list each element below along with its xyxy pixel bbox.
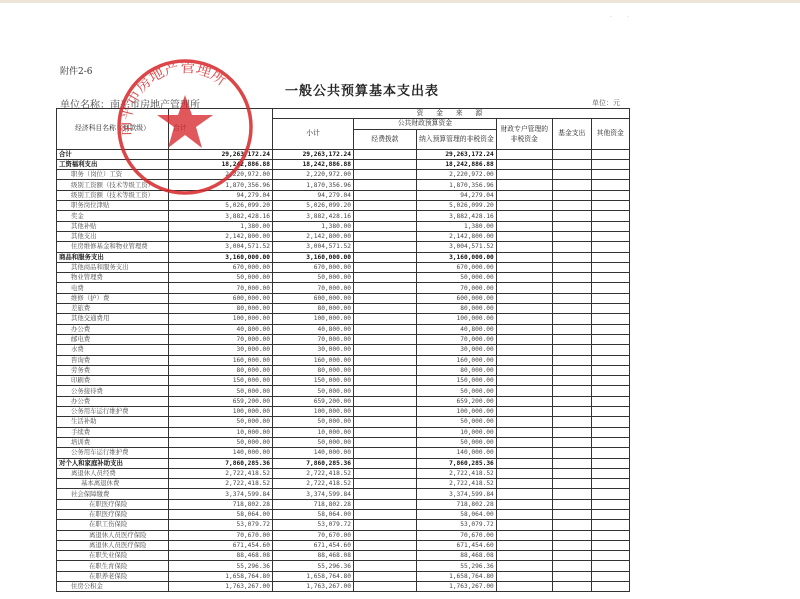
row-non-tax-in-budget: 2,142,800.00: [417, 231, 497, 241]
row-total: 5,026,099.20: [169, 201, 273, 211]
row-fund-expenditure: [552, 345, 591, 355]
row-other-funds: [591, 324, 629, 334]
row-item-name: 邮电费: [57, 334, 169, 344]
row-total: 100,000.00: [169, 314, 273, 324]
row-appropriation: [354, 283, 417, 293]
row-non-tax-in-budget: 70,670.00: [417, 530, 497, 540]
header-item-name: 经济科目名称（到款级）: [57, 109, 169, 150]
row-special-non-tax: [496, 540, 552, 550]
row-subtotal: 140,000.00: [273, 448, 354, 458]
row-non-tax-in-budget: 1,380.00: [417, 221, 497, 231]
row-non-tax-in-budget: 2,722,418.52: [417, 468, 497, 478]
row-fund-expenditure: [552, 509, 591, 519]
row-appropriation: [354, 201, 417, 211]
row-item-name: 公务接待费: [57, 386, 169, 396]
row-subtotal: 50,000.00: [273, 273, 354, 283]
row-fund-expenditure: [552, 551, 591, 561]
row-item-name: 在职失业保险: [57, 551, 169, 561]
row-appropriation: [354, 540, 417, 550]
row-special-non-tax: [496, 561, 552, 571]
row-other-funds: [591, 376, 629, 386]
row-total: 659,200.00: [169, 396, 273, 406]
scan-top-edge: [0, 0, 800, 3]
row-non-tax-in-budget: 600,000.00: [417, 293, 497, 303]
row-subtotal: 40,800.00: [273, 324, 354, 334]
row-total: 3,882,428.16: [169, 211, 273, 221]
row-special-non-tax: [496, 551, 552, 561]
row-total: 70,000.00: [169, 334, 273, 344]
row-special-non-tax: [496, 170, 552, 180]
row-special-non-tax: [496, 201, 552, 211]
row-total: 29,263,172.24: [169, 149, 273, 159]
table-row: 公务用车运行维护费140,000.00140,000.00140,000.00: [57, 448, 630, 458]
row-special-non-tax: [496, 211, 552, 221]
table-body: 合计29,263,172.2429,263,172.2429,263,172.2…: [57, 149, 630, 592]
row-subtotal: 70,000.00: [273, 334, 354, 344]
row-appropriation: [354, 365, 417, 375]
row-other-funds: [591, 283, 629, 293]
table-row: 在职养老保险1,658,764.801,658,764.801,658,764.…: [57, 571, 630, 581]
row-item-name: 基本离退休费: [57, 479, 169, 489]
row-appropriation: [354, 345, 417, 355]
row-fund-expenditure: [552, 314, 591, 324]
row-non-tax-in-budget: 30,000.00: [417, 345, 497, 355]
row-appropriation: [354, 551, 417, 561]
row-subtotal: 50,000.00: [273, 437, 354, 447]
row-item-name: 职务（岗位）工资: [57, 170, 169, 180]
row-other-funds: [591, 221, 629, 231]
row-fund-expenditure: [552, 170, 591, 180]
row-total: 2,142,800.00: [169, 231, 273, 241]
row-total: 718,802.28: [169, 499, 273, 509]
table-row: 职务（岗位）工资2,220,972.002,220,972.002,220,97…: [57, 170, 630, 180]
row-appropriation: [354, 479, 417, 489]
row-subtotal: 718,802.28: [273, 499, 354, 509]
row-special-non-tax: [496, 489, 552, 499]
row-total: 10,000.00: [169, 427, 273, 437]
row-appropriation: [354, 417, 417, 427]
row-non-tax-in-budget: 5,026,099.20: [417, 201, 497, 211]
row-appropriation: [354, 149, 417, 159]
row-total: 70,000.00: [169, 283, 273, 293]
row-subtotal: 30,000.00: [273, 345, 354, 355]
row-fund-expenditure: [552, 201, 591, 211]
table-row: 公务接待费50,000.0050,000.0050,000.00: [57, 386, 630, 396]
row-fund-expenditure: [552, 427, 591, 437]
row-fund-expenditure: [552, 149, 591, 159]
row-appropriation: [354, 468, 417, 478]
row-special-non-tax: [496, 180, 552, 190]
table-row: 住房维修基金和物业管理费3,004,571.523,004,571.523,00…: [57, 242, 630, 252]
row-total: 1,763,267.00: [169, 582, 273, 592]
row-special-non-tax: [496, 458, 552, 468]
row-subtotal: 53,079.72: [273, 520, 354, 530]
row-other-funds: [591, 437, 629, 447]
table-row: 其他补贴1,380.001,380.001,380.00: [57, 221, 630, 231]
row-subtotal: 2,722,418.52: [273, 468, 354, 478]
row-special-non-tax: [496, 324, 552, 334]
header-non-tax-in-budget: 纳入预算管理的非税资金: [417, 129, 497, 149]
table-row: 在职医疗保险718,802.28718,802.28718,802.28: [57, 499, 630, 509]
table-row: 住房公积金1,763,267.001,763,267.001,763,267.0…: [57, 582, 630, 592]
row-fund-expenditure: [552, 159, 591, 169]
row-subtotal: 100,000.00: [273, 314, 354, 324]
row-non-tax-in-budget: 1,870,356.96: [417, 180, 497, 190]
row-total: 53,079.72: [169, 520, 273, 530]
row-appropriation: [354, 427, 417, 437]
row-appropriation: [354, 304, 417, 314]
row-item-name: 物业管理费: [57, 273, 169, 283]
row-special-non-tax: [496, 355, 552, 365]
row-total: 7,860,285.36: [169, 458, 273, 468]
row-fund-expenditure: [552, 520, 591, 530]
row-subtotal: 80,000.00: [273, 304, 354, 314]
row-fund-expenditure: [552, 499, 591, 509]
row-non-tax-in-budget: 50,000.00: [417, 417, 497, 427]
row-special-non-tax: [496, 520, 552, 530]
row-fund-expenditure: [552, 242, 591, 252]
row-total: 2,220,972.00: [169, 170, 273, 180]
table-row: 职务岗位津贴5,026,099.205,026,099.205,026,099.…: [57, 201, 630, 211]
row-non-tax-in-budget: 150,000.00: [417, 376, 497, 386]
row-item-name: 水费: [57, 345, 169, 355]
table-row: 其他支出2,142,800.002,142,800.002,142,800.00: [57, 231, 630, 241]
row-other-funds: [591, 304, 629, 314]
row-special-non-tax: [496, 242, 552, 252]
row-total: 150,000.00: [169, 376, 273, 386]
row-other-funds: [591, 355, 629, 365]
row-subtotal: 50,000.00: [273, 386, 354, 396]
row-special-non-tax: [496, 293, 552, 303]
row-fund-expenditure: [552, 273, 591, 283]
row-other-funds: [591, 231, 629, 241]
row-subtotal: 1,658,764.80: [273, 571, 354, 581]
row-subtotal: 29,263,172.24: [273, 149, 354, 159]
row-fund-expenditure: [552, 231, 591, 241]
row-item-name: 职务岗位津贴: [57, 201, 169, 211]
row-special-non-tax: [496, 304, 552, 314]
row-total: 671,454.60: [169, 540, 273, 550]
row-other-funds: [591, 417, 629, 427]
row-total: 3,374,599.84: [169, 489, 273, 499]
table-row: 离退休人员经费2,722,418.522,722,418.522,722,418…: [57, 468, 630, 478]
row-subtotal: 58,064.00: [273, 509, 354, 519]
row-appropriation: [354, 571, 417, 581]
table-row: 印刷费150,000.00150,000.00150,000.00: [57, 376, 630, 386]
row-subtotal: 1,763,267.00: [273, 582, 354, 592]
row-fund-expenditure: [552, 407, 591, 417]
row-special-non-tax: [496, 334, 552, 344]
row-item-name: 公务用车运行维护费: [57, 407, 169, 417]
header-other-funds: 其他资金: [591, 119, 629, 149]
header-total: 合计: [169, 109, 273, 150]
row-special-non-tax: [496, 365, 552, 375]
row-fund-expenditure: [552, 417, 591, 427]
row-special-non-tax: [496, 437, 552, 447]
row-special-non-tax: [496, 314, 552, 324]
row-appropriation: [354, 561, 417, 571]
table-row: 在职失业保险88,468.0888,468.0888,468.08: [57, 551, 630, 561]
row-subtotal: 70,000.00: [273, 283, 354, 293]
row-item-name: 公务用车运行维护费: [57, 448, 169, 458]
row-non-tax-in-budget: 70,000.00: [417, 334, 497, 344]
row-item-name: 合计: [57, 149, 169, 159]
table-row: 在职生育保险55,296.3655,296.3655,296.36: [57, 561, 630, 571]
row-item-name: 在职养老保险: [57, 571, 169, 581]
row-appropriation: [354, 355, 417, 365]
row-item-name: 离退休人员经费: [57, 468, 169, 478]
row-non-tax-in-budget: 1,763,267.00: [417, 582, 497, 592]
row-special-non-tax: [496, 221, 552, 231]
row-total: 100,000.00: [169, 407, 273, 417]
row-non-tax-in-budget: 100,000.00: [417, 407, 497, 417]
table-row: 水费30,000.0030,000.0030,000.00: [57, 345, 630, 355]
row-other-funds: [591, 479, 629, 489]
row-appropriation: [354, 334, 417, 344]
row-subtotal: 70,670.00: [273, 530, 354, 540]
table-row: 咨询费160,000.00160,000.00160,000.00: [57, 355, 630, 365]
row-other-funds: [591, 345, 629, 355]
table-row: 合计29,263,172.2429,263,172.2429,263,172.2…: [57, 149, 630, 159]
row-other-funds: [591, 170, 629, 180]
row-other-funds: [591, 242, 629, 252]
row-special-non-tax: [496, 159, 552, 169]
row-non-tax-in-budget: 88,468.08: [417, 551, 497, 561]
row-non-tax-in-budget: 10,000.00: [417, 427, 497, 437]
table-row: 劳务费80,000.0080,000.0080,000.00: [57, 365, 630, 375]
row-appropriation: [354, 293, 417, 303]
row-non-tax-in-budget: 140,000.00: [417, 448, 497, 458]
row-other-funds: [591, 448, 629, 458]
row-total: 2,722,418.52: [169, 468, 273, 478]
row-fund-expenditure: [552, 365, 591, 375]
row-subtotal: 94,279.04: [273, 190, 354, 200]
row-total: 1,658,764.80: [169, 571, 273, 581]
header-special-non-tax: 财政专户管理的非税资金: [496, 119, 552, 149]
row-non-tax-in-budget: 29,263,172.24: [417, 149, 497, 159]
table-row: 其他交通费用100,000.00100,000.00100,000.00: [57, 314, 630, 324]
header-appropriation: 经费拨款: [354, 129, 417, 149]
row-other-funds: [591, 180, 629, 190]
attachment-label: 附件2-6: [60, 64, 93, 77]
row-other-funds: [591, 386, 629, 396]
row-non-tax-in-budget: 18,242,886.88: [417, 159, 497, 169]
table-row: 手续费10,000.0010,000.0010,000.00: [57, 427, 630, 437]
row-appropriation: [354, 520, 417, 530]
row-other-funds: [591, 334, 629, 344]
row-special-non-tax: [496, 530, 552, 540]
table-row: 培训费50,000.0050,000.0050,000.00: [57, 437, 630, 447]
row-total: 1,870,356.96: [169, 180, 273, 190]
row-subtotal: 2,142,800.00: [273, 231, 354, 241]
row-appropriation: [354, 262, 417, 272]
row-subtotal: 160,000.00: [273, 355, 354, 365]
row-subtotal: 10,000.00: [273, 427, 354, 437]
row-special-non-tax: [496, 582, 552, 592]
document-title: 一般公共预算基本支出表: [285, 80, 439, 99]
row-subtotal: 3,160,000.00: [273, 252, 354, 262]
row-special-non-tax: [496, 571, 552, 581]
row-other-funds: [591, 262, 629, 272]
row-fund-expenditure: [552, 561, 591, 571]
row-special-non-tax: [496, 427, 552, 437]
row-non-tax-in-budget: 100,000.00: [417, 314, 497, 324]
row-non-tax-in-budget: 671,454.60: [417, 540, 497, 550]
table-row: 奖金3,882,428.163,882,428.163,882,428.16: [57, 211, 630, 221]
row-total: 40,800.00: [169, 324, 273, 334]
table-row: 维修（护）费600,000.00600,000.00600,000.00: [57, 293, 630, 303]
row-fund-expenditure: [552, 304, 591, 314]
row-non-tax-in-budget: 1,658,764.80: [417, 571, 497, 581]
table-row: 级别工资额（技术等级工资）94,279.0494,279.0494,279.04: [57, 190, 630, 200]
row-fund-expenditure: [552, 489, 591, 499]
table-row: 在职医疗保险58,064.0058,064.0058,064.00: [57, 509, 630, 519]
row-other-funds: [591, 293, 629, 303]
row-item-name: 手续费: [57, 427, 169, 437]
row-item-name: 对个人和家庭补助支出: [57, 458, 169, 468]
row-fund-expenditure: [552, 376, 591, 386]
row-non-tax-in-budget: 70,000.00: [417, 283, 497, 293]
row-non-tax-in-budget: 50,000.00: [417, 273, 497, 283]
row-special-non-tax: [496, 262, 552, 272]
row-subtotal: 150,000.00: [273, 376, 354, 386]
row-other-funds: [591, 407, 629, 417]
row-total: 140,000.00: [169, 448, 273, 458]
row-other-funds: [591, 396, 629, 406]
row-other-funds: [591, 190, 629, 200]
row-non-tax-in-budget: 40,800.00: [417, 324, 497, 334]
table-row: 基本离退休费2,722,418.522,722,418.522,722,418.…: [57, 479, 630, 489]
row-item-name: 离退休人员医疗保险: [57, 540, 169, 550]
row-fund-expenditure: [552, 571, 591, 581]
row-other-funds: [591, 489, 629, 499]
table-row: 商品和服务支出3,160,000.003,160,000.003,160,000…: [57, 252, 630, 262]
row-total: 80,000.00: [169, 304, 273, 314]
row-special-non-tax: [496, 252, 552, 262]
row-appropriation: [354, 458, 417, 468]
row-total: 58,064.00: [169, 509, 273, 519]
row-appropriation: [354, 314, 417, 324]
table-row: 生活补助50,000.0050,000.0050,000.00: [57, 417, 630, 427]
row-other-funds: [591, 551, 629, 561]
row-special-non-tax: [496, 448, 552, 458]
row-non-tax-in-budget: 718,802.28: [417, 499, 497, 509]
scan-specks: · ·: [610, 14, 629, 21]
row-total: 30,000.00: [169, 345, 273, 355]
row-appropriation: [354, 396, 417, 406]
table-row: 离退休人员医疗保险70,670.0070,670.0070,670.00: [57, 530, 630, 540]
row-non-tax-in-budget: 80,000.00: [417, 365, 497, 375]
table-row: 对个人和家庭补助支出7,860,285.367,860,285.367,860,…: [57, 458, 630, 468]
row-other-funds: [591, 571, 629, 581]
row-other-funds: [591, 458, 629, 468]
row-special-non-tax: [496, 273, 552, 283]
row-special-non-tax: [496, 407, 552, 417]
row-other-funds: [591, 582, 629, 592]
row-fund-expenditure: [552, 458, 591, 468]
header-fund-expenditure: 基金支出: [552, 119, 591, 149]
row-other-funds: [591, 314, 629, 324]
row-item-name: 在职医疗保险: [57, 509, 169, 519]
row-fund-expenditure: [552, 386, 591, 396]
row-fund-expenditure: [552, 211, 591, 221]
row-fund-expenditure: [552, 437, 591, 447]
row-appropriation: [354, 509, 417, 519]
row-appropriation: [354, 159, 417, 169]
row-item-name: 其他交通费用: [57, 314, 169, 324]
row-item-name: 工资福利支出: [57, 159, 169, 169]
table-row: 邮电费70,000.0070,000.0070,000.00: [57, 334, 630, 344]
row-non-tax-in-budget: 55,296.36: [417, 561, 497, 571]
row-item-name: 差旅费: [57, 304, 169, 314]
row-total: 3,004,571.52: [169, 242, 273, 252]
row-subtotal: 5,026,099.20: [273, 201, 354, 211]
table-row: 办公费40,800.0040,800.0040,800.00: [57, 324, 630, 334]
row-other-funds: [591, 201, 629, 211]
header-funding-source: 资 金 来 源: [273, 109, 630, 119]
table-row: 办公费659,200.00659,200.00659,200.00: [57, 396, 630, 406]
row-subtotal: 100,000.00: [273, 407, 354, 417]
row-item-name: 级别工资额（技术等级工资）: [57, 190, 169, 200]
row-other-funds: [591, 427, 629, 437]
row-item-name: 印刷费: [57, 376, 169, 386]
row-total: 3,160,000.00: [169, 252, 273, 262]
row-non-tax-in-budget: 53,079.72: [417, 520, 497, 530]
row-total: 70,670.00: [169, 530, 273, 540]
row-fund-expenditure: [552, 396, 591, 406]
row-fund-expenditure: [552, 262, 591, 272]
row-total: 670,000.00: [169, 262, 273, 272]
row-non-tax-in-budget: 160,000.00: [417, 355, 497, 365]
row-fund-expenditure: [552, 180, 591, 190]
row-item-name: 电费: [57, 283, 169, 293]
table-row: 电费70,000.0070,000.0070,000.00: [57, 283, 630, 293]
header-public-finance: 公共财政预算资金: [354, 119, 497, 129]
row-non-tax-in-budget: 94,279.04: [417, 190, 497, 200]
table-row: 社会保障缴费3,374,599.843,374,599.843,374,599.…: [57, 489, 630, 499]
row-subtotal: 2,220,972.00: [273, 170, 354, 180]
row-item-name: 在职工伤保险: [57, 520, 169, 530]
row-special-non-tax: [496, 479, 552, 489]
row-appropriation: [354, 437, 417, 447]
row-other-funds: [591, 252, 629, 262]
row-subtotal: 3,004,571.52: [273, 242, 354, 252]
row-appropriation: [354, 221, 417, 231]
row-subtotal: 600,000.00: [273, 293, 354, 303]
row-other-funds: [591, 499, 629, 509]
row-item-name: 住房公积金: [57, 582, 169, 592]
row-special-non-tax: [496, 231, 552, 241]
row-special-non-tax: [496, 396, 552, 406]
row-appropriation: [354, 190, 417, 200]
row-item-name: 咨询费: [57, 355, 169, 365]
row-fund-expenditure: [552, 283, 591, 293]
row-other-funds: [591, 273, 629, 283]
row-appropriation: [354, 252, 417, 262]
table-row: 级别工资额（技术等级工资）1,870,356.961,870,356.961,8…: [57, 180, 630, 190]
row-subtotal: 3,374,599.84: [273, 489, 354, 499]
table-row: 其他商品和服务支出670,000.00670,000.00670,000.00: [57, 262, 630, 272]
row-subtotal: 2,722,418.52: [273, 479, 354, 489]
row-special-non-tax: [496, 509, 552, 519]
row-item-name: 在职医疗保险: [57, 499, 169, 509]
row-appropriation: [354, 448, 417, 458]
row-non-tax-in-budget: 2,220,972.00: [417, 170, 497, 180]
row-item-name: 劳务费: [57, 365, 169, 375]
row-item-name: 商品和服务支出: [57, 252, 169, 262]
row-fund-expenditure: [552, 530, 591, 540]
currency-unit: 单位：元: [592, 98, 620, 108]
